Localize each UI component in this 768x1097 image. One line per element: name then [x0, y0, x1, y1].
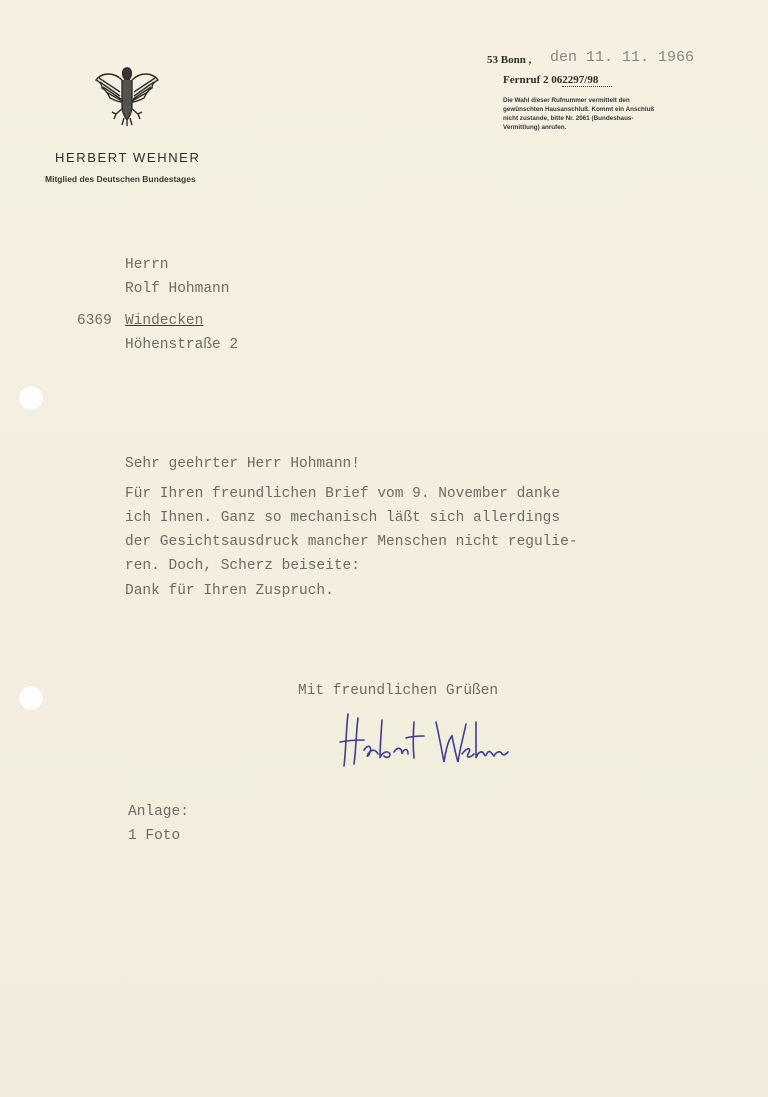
letterhead-subtitle: Mitglied des Deutschen Bundestages — [45, 174, 196, 184]
closing-text: Mit freundlichen Grüßen — [298, 683, 498, 699]
body-line: Für Ihren freundlichen Brief vom 9. Nove… — [125, 486, 560, 502]
greeting: Sehr geehrter Herr Hohmann! — [125, 456, 360, 472]
federal-eagle-icon — [92, 62, 162, 128]
recipient-postcode: 6369 — [77, 313, 112, 329]
phone-line: Fernruf 2 062297/98 — [503, 74, 612, 86]
punch-hole-bottom — [19, 686, 43, 710]
recipient-name: Rolf Hohmann — [125, 281, 229, 297]
body-line: ren. Doch, Scherz beiseite: — [125, 558, 360, 574]
phone-note: Die Wahl dieser Rufnummer vermittelt den… — [503, 96, 663, 132]
header-city: 53 Bonn , — [487, 54, 531, 66]
recipient-street: Höhenstraße 2 — [125, 337, 238, 353]
letter-date: den 11. 11. 1966 — [550, 49, 694, 66]
recipient-salutation: Herrn — [125, 257, 169, 273]
signature — [336, 710, 511, 770]
recipient-city: Windecken — [125, 313, 203, 329]
punch-hole-top — [19, 386, 43, 410]
enclosure-item: 1 Foto — [128, 828, 180, 844]
body-line: Dank für Ihren Zuspruch. — [125, 583, 334, 599]
phone-number: 2297/98 — [562, 74, 612, 87]
body-line: ich Ihnen. Ganz so mechanisch läßt sich … — [125, 510, 560, 526]
enclosure-label: Anlage: — [128, 804, 189, 820]
phone-label: Fernruf 2 06 — [503, 74, 562, 86]
body-line: der Gesichtsausdruck mancher Menschen ni… — [125, 534, 577, 550]
letterhead-name: HERBERT WEHNER — [55, 150, 200, 165]
